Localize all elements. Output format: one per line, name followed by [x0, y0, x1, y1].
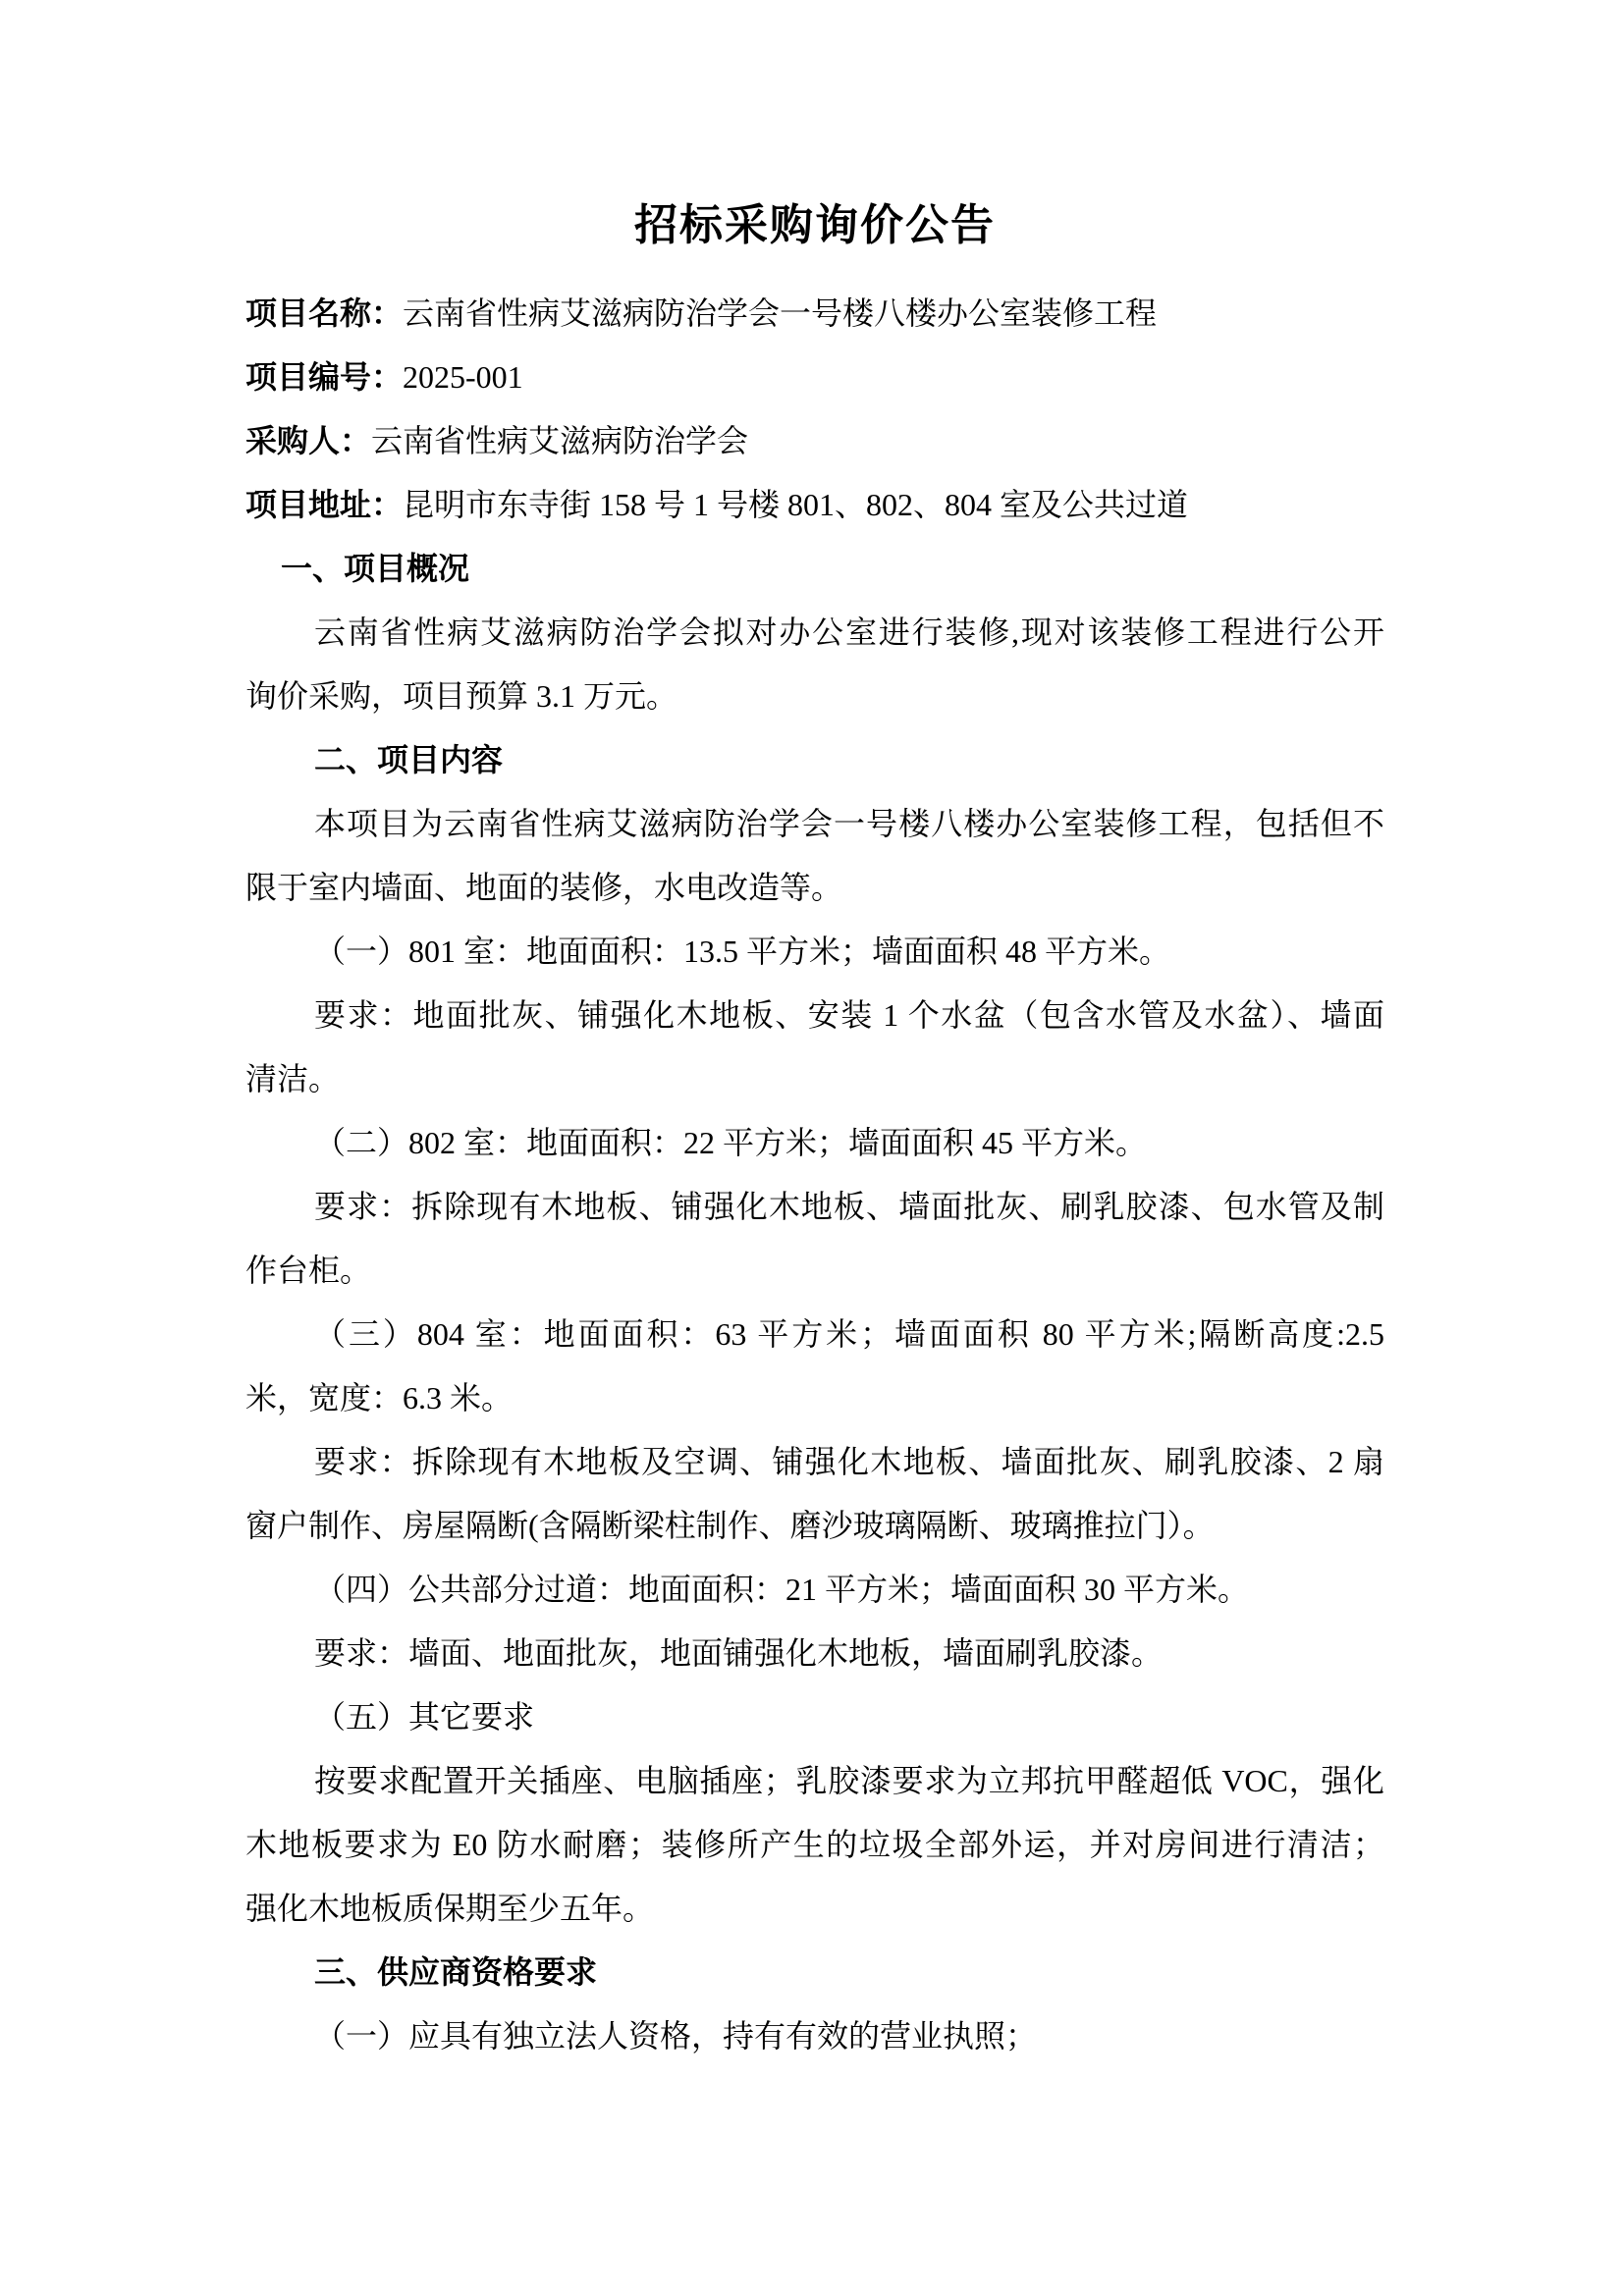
paragraph-line: 米，宽度：6.3 米。 — [245, 1366, 1384, 1430]
section-heading-3: 三、供应商资格要求 — [245, 1941, 1384, 2004]
field-value: 昆明市东寺街 158 号 1 号楼 801、802、804 室及公共过道 — [403, 487, 1188, 522]
field-label: 项目名称： — [245, 295, 403, 331]
paragraph-line: 限于室内墙面、地面的装修，水电改造等。 — [245, 856, 1384, 920]
paragraph-line: 要求：地面批灰、铺强化木地板、安装 1 个水盆（包含水管及水盆）、墙面 — [245, 984, 1384, 1047]
field-row-purchaser: 采购人：云南省性病艾滋病防治学会 — [245, 409, 1384, 473]
field-value: 2025-001 — [403, 359, 523, 395]
paragraph-line: 强化木地板质保期至少五年。 — [245, 1877, 1384, 1941]
paragraph-line: 清洁。 — [245, 1047, 1384, 1111]
field-label: 项目编号： — [245, 359, 403, 395]
field-label: 项目地址： — [245, 487, 403, 522]
list-item-line: （三）804 室：地面面积：63 平方米；墙面面积 80 平方米;隔断高度:2.… — [245, 1303, 1384, 1366]
list-item-line: （一）801 室：地面面积：13.5 平方米；墙面面积 48 平方米。 — [245, 920, 1384, 984]
paragraph-line: 询价采购，项目预算 3.1 万元。 — [245, 665, 1384, 728]
field-row-project-address: 项目地址：昆明市东寺街 158 号 1 号楼 801、802、804 室及公共过… — [245, 473, 1384, 537]
field-value: 云南省性病艾滋病防治学会 — [371, 423, 748, 458]
paragraph-line: 要求：墙面、地面批灰，地面铺强化木地板，墙面刷乳胶漆。 — [245, 1622, 1384, 1685]
section-heading-2: 二、项目内容 — [245, 728, 1384, 792]
document-title: 招标采购询价公告 — [245, 191, 1384, 260]
paragraph-line: 木地板要求为 E0 防水耐磨；装修所产生的垃圾全部外运，并对房间进行清洁； — [245, 1813, 1384, 1877]
field-row-project-name: 项目名称：云南省性病艾滋病防治学会一号楼八楼办公室装修工程 — [245, 282, 1384, 346]
paragraph-line: 作台柜。 — [245, 1239, 1384, 1303]
field-value: 云南省性病艾滋病防治学会一号楼八楼办公室装修工程 — [403, 295, 1157, 331]
paragraph-line: 按要求配置开关插座、电脑插座；乳胶漆要求为立邦抗甲醛超低 VOC，强化 — [245, 1749, 1384, 1813]
list-item-line: （五）其它要求 — [245, 1685, 1384, 1749]
paragraph-line: 窗户制作、房屋隔断(含隔断梁柱制作、磨沙玻璃隔断、玻璃推拉门）。 — [245, 1494, 1384, 1558]
section-heading-1: 一、项目概况 — [245, 537, 1384, 601]
paragraph-line: 要求：拆除现有木地板、铺强化木地板、墙面批灰、刷乳胶漆、包水管及制 — [245, 1175, 1384, 1239]
document-page: 招标采购询价公告 项目名称：云南省性病艾滋病防治学会一号楼八楼办公室装修工程 项… — [0, 0, 1624, 2296]
field-row-project-number: 项目编号：2025-001 — [245, 346, 1384, 409]
field-label: 采购人： — [245, 423, 371, 458]
paragraph-line: 本项目为云南省性病艾滋病防治学会一号楼八楼办公室装修工程，包括但不 — [245, 792, 1384, 856]
list-item-line: （二）802 室：地面面积：22 平方米；墙面面积 45 平方米。 — [245, 1111, 1384, 1175]
list-item-line: （四）公共部分过道：地面面积：21 平方米；墙面面积 30 平方米。 — [245, 1558, 1384, 1622]
list-item-line: （一）应具有独立法人资格，持有有效的营业执照； — [245, 2004, 1384, 2068]
paragraph-line: 要求：拆除现有木地板及空调、铺强化木地板、墙面批灰、刷乳胶漆、2 扇 — [245, 1430, 1384, 1494]
paragraph-line: 云南省性病艾滋病防治学会拟对办公室进行装修,现对该装修工程进行公开 — [245, 601, 1384, 665]
